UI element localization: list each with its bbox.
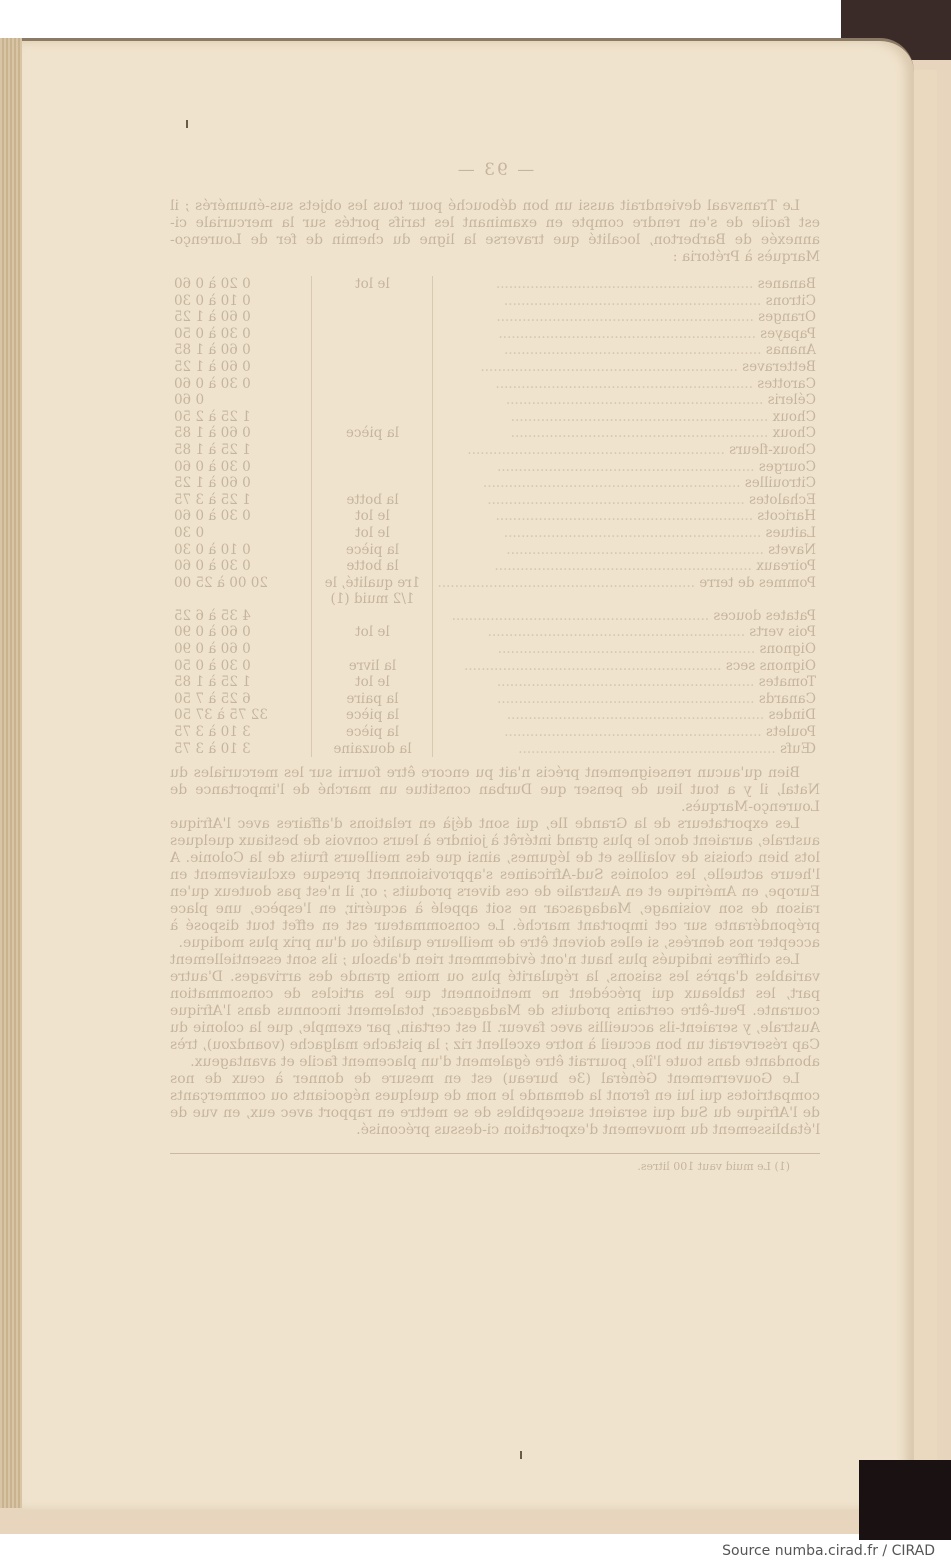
paper-speck [186,120,188,128]
cell-unit: le lot [312,674,433,691]
cell-item: Betteraves .............................… [433,359,820,376]
cell-price: 3 10 à 3 75 [170,741,312,758]
footnote-rule [170,1153,820,1154]
table-row: Choux ..................................… [170,425,820,442]
book-page-edges [0,38,22,1508]
cell-price: 0 30 [170,525,312,542]
cell-unit [312,326,433,343]
cell-price: 1 25 à 3 75 [170,492,312,509]
cell-item: Navets .................................… [433,542,820,559]
cell-item: Œufs ...................................… [433,741,820,758]
cell-item: Citrons ................................… [433,293,820,310]
cell-unit [312,641,433,658]
cell-item: Oignons secs ...........................… [433,658,820,675]
cell-unit [312,442,433,459]
table-row: Tomates ................................… [170,674,820,691]
cell-price: 0 60 à 0 90 [170,624,312,641]
price-table: Bananes ................................… [170,276,820,757]
cell-item: Dindes .................................… [433,707,820,724]
cell-unit: la pièce [312,542,433,559]
cell-price: 0 30 à 0 50 [170,326,312,343]
table-row: Patates douces .........................… [170,608,820,625]
table-row: Oignons ................................… [170,641,820,658]
cell-item: Bananes ................................… [433,276,820,293]
cell-unit [312,392,433,409]
table-row: Poireaux ...............................… [170,558,820,575]
table-row: Echalotes ..............................… [170,492,820,509]
cell-price: 3 10 à 3 75 [170,724,312,741]
cell-item: Tomates ................................… [433,674,820,691]
cell-item: Choux-fleurs ...........................… [433,442,820,459]
cell-price: 20 00 à 25 00 [170,575,312,608]
table-row: Choux ..................................… [170,409,820,426]
cell-unit: le lot [312,276,433,293]
cell-item: Choux ..................................… [433,425,820,442]
table-row: Œufs ...................................… [170,741,820,758]
cell-unit: la botte [312,492,433,509]
paper-speck [520,1451,522,1459]
cell-unit: la livre [312,658,433,675]
cell-item: Haricots ...............................… [433,508,820,525]
cell-unit: 1re qualité, le 1/2 muid (1) [312,575,433,608]
source-watermark: Source numba.cirad.fr / CIRAD [722,1543,935,1559]
table-row: Pommes de terre ........................… [170,575,820,608]
cell-item: Papayes ................................… [433,326,820,343]
cell-price: 1 25 à 2 50 [170,409,312,426]
cell-unit: le lot [312,525,433,542]
table-row: Betteraves .............................… [170,359,820,376]
cell-price: 1 25 à 1 85 [170,674,312,691]
cell-item: Pommes de terre ........................… [433,575,820,608]
intro-paragraph: Le Transvaal deviendrait aussi un bon dé… [170,198,820,266]
cell-item: Choux ..................................… [433,409,820,426]
cell-price: 6 25 à 7 50 [170,691,312,708]
book-cover-bottom [859,1460,951,1540]
table-row: Papayes ................................… [170,326,820,343]
cell-price: 0 10 à 0 30 [170,542,312,559]
cell-price: 0 30 à 0 60 [170,558,312,575]
cell-price: 0 60 à 0 90 [170,641,312,658]
cell-price: 0 30 à 0 60 [170,508,312,525]
cell-item: Carottes ...............................… [433,376,820,393]
cell-price: 0 30 à 0 50 [170,658,312,675]
cell-price: 0 20 à 0 60 [170,276,312,293]
cell-price: 0 60 à 1 25 [170,309,312,326]
cell-price: 0 30 à 0 60 [170,376,312,393]
paragraph: Les exportateurs de la Grande Ile, qui s… [170,816,820,952]
cell-unit [312,608,433,625]
cell-unit [312,475,433,492]
table-row: Poulets ................................… [170,724,820,741]
cell-price: 0 60 à 1 25 [170,475,312,492]
cell-unit: la pièce [312,724,433,741]
table-row: Citrons ................................… [170,293,820,310]
cell-item: Canards ................................… [433,691,820,708]
cell-item: Pois verts .............................… [433,624,820,641]
table-row: Citrouilles ............................… [170,475,820,492]
cell-price: 0 30 à 0 60 [170,459,312,476]
table-row: Navets .................................… [170,542,820,559]
cell-item: Oranges ................................… [433,309,820,326]
cell-item: Patates douces .........................… [433,608,820,625]
cell-unit [312,359,433,376]
cell-unit [312,342,433,359]
cell-price: 0 60 à 1 25 [170,359,312,376]
cell-item: Oignons ................................… [433,641,820,658]
footnote: (1) Le muid vaut 100 litres. [170,1160,790,1174]
cell-unit [312,376,433,393]
table-row: Oranges ................................… [170,309,820,326]
cell-price: 32 75 à 37 50 [170,707,312,724]
cell-item: Courges ................................… [433,459,820,476]
paragraph: Les chiffres indiqués plus haut n'ont év… [170,952,820,1071]
cell-item: Echalotes ..............................… [433,492,820,509]
cell-unit [312,293,433,310]
cell-price: 0 60 à 1 85 [170,425,312,442]
paragraph: Bien qu'aucun renseignement précis n'ait… [170,765,820,816]
cell-item: Poulets ................................… [433,724,820,741]
cell-unit: le lot [312,508,433,525]
cell-unit [312,409,433,426]
cell-item: Laitues ................................… [433,525,820,542]
table-row: Bananes ................................… [170,276,820,293]
cell-unit: la douzaine [312,741,433,758]
cell-item: Ananas .................................… [433,342,820,359]
table-row: Courges ................................… [170,459,820,476]
cell-item: Poireaux ...............................… [433,558,820,575]
cell-price: 0 60 [170,392,312,409]
cell-price: 0 10 à 0 30 [170,293,312,310]
cell-unit [312,309,433,326]
table-row: Laitues ................................… [170,525,820,542]
cell-price: 0 60 à 1 85 [170,342,312,359]
cell-price: 1 25 à 1 85 [170,442,312,459]
table-row: Dindes .................................… [170,707,820,724]
table-row: Pois verts .............................… [170,624,820,641]
book-right-edge [912,70,937,1480]
table-row: Canards ................................… [170,691,820,708]
table-row: Oignons secs ...........................… [170,658,820,675]
table-row: Carottes ...............................… [170,376,820,393]
table-row: Haricots ...............................… [170,508,820,525]
cell-price: 4 35 à 6 25 [170,608,312,625]
bleed-through-text: — 93 — Le Transvaal deviendrait aussi un… [170,160,820,1320]
cell-unit: le lot [312,624,433,641]
cell-unit: la botte [312,558,433,575]
cell-unit: la pièce [312,425,433,442]
table-row: Ananas .................................… [170,342,820,359]
table-row: Choux-fleurs ...........................… [170,442,820,459]
cell-unit: la pièce [312,707,433,724]
cell-unit: la paire [312,691,433,708]
cell-item: Céleris ................................… [433,392,820,409]
cell-unit [312,459,433,476]
paragraph: Le Gouvernement Général (3e bureau) est … [170,1071,820,1139]
page-number: — 93 — [170,160,820,180]
cell-item: Citrouilles ............................… [433,475,820,492]
table-row: Céleris ................................… [170,392,820,409]
